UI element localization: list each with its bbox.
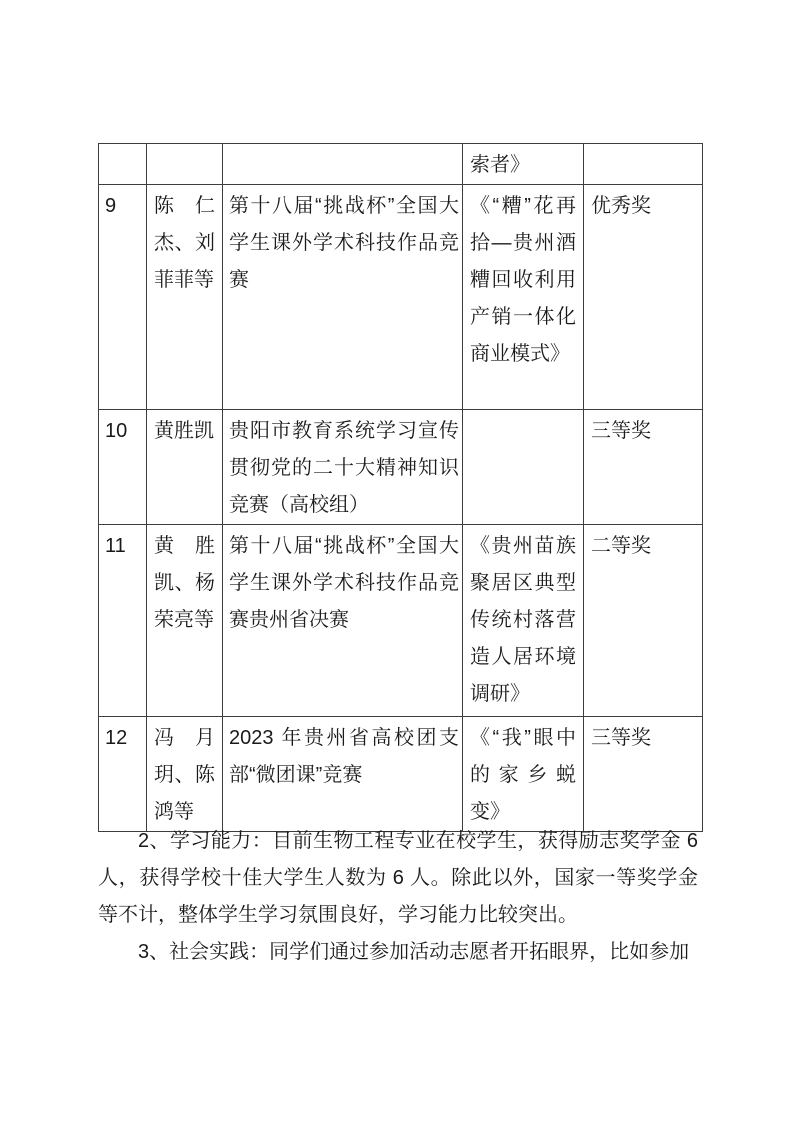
paragraph-social-practice: 3、社会实践：同学们通过参加活动志愿者开拓眼界，比如参加 (98, 934, 698, 971)
cell-work: 《“糟”花再拾—贵州酒糟回收利用产销一体化商业模式》 (463, 185, 584, 410)
cell-names: 黄胜凯 (147, 410, 223, 525)
table-row-10: 10 黄胜凯 贵阳市教育系统学习宣传贯彻党的二十大精神知识竞赛（高校组） 三等奖 (99, 410, 703, 525)
paragraph-study-ability: 2、学习能力：目前生物工程专业在校学生，获得励志奖学金 6 人，获得学校十佳大学… (98, 823, 698, 934)
cell-competition: 贵阳市教育系统学习宣传贯彻党的二十大精神知识竞赛（高校组） (223, 410, 463, 525)
table-row-9: 9 陈仁杰、刘菲菲等 第十八届“挑战杯”全国大学生课外学术科技作品竞赛 《“糟”… (99, 185, 703, 410)
cell-work: 《贵州苗族聚居区典型传统村落营造人居环境调研》 (463, 525, 584, 717)
cell-names (147, 144, 223, 185)
cell-work: 《“我”眼中的家乡蜕变》 (463, 717, 584, 832)
body-text: 2、学习能力：目前生物工程专业在校学生，获得励志奖学金 6 人，获得学校十佳大学… (98, 823, 698, 971)
table-row-carryover: 索者》 (99, 144, 703, 185)
cell-work: 索者》 (463, 144, 584, 185)
cell-competition: 第十八届“挑战杯”全国大学生课外学术科技作品竞赛贵州省决赛 (223, 525, 463, 717)
cell-no (99, 144, 147, 185)
cell-competition: 2023 年贵州省高校团支部“微团课”竞赛 (223, 717, 463, 832)
cell-award: 三等奖 (584, 410, 703, 525)
cell-work (463, 410, 584, 525)
table-row-11: 11 黄胜凯、杨荣亮等 第十八届“挑战杯”全国大学生课外学术科技作品竞赛贵州省决… (99, 525, 703, 717)
cell-award: 三等奖 (584, 717, 703, 832)
cell-names: 陈仁杰、刘菲菲等 (147, 185, 223, 410)
cell-no: 9 (99, 185, 147, 410)
cell-names: 黄胜凯、杨荣亮等 (147, 525, 223, 717)
document-page: 索者》 9 陈仁杰、刘菲菲等 第十八届“挑战杯”全国大学生课外学术科技作品竞赛 … (0, 0, 793, 1122)
cell-award (584, 144, 703, 185)
cell-award: 二等奖 (584, 525, 703, 717)
table-row-12: 12 冯月玥、陈鸿等 2023 年贵州省高校团支部“微团课”竞赛 《“我”眼中的… (99, 717, 703, 832)
cell-no: 12 (99, 717, 147, 832)
cell-no: 11 (99, 525, 147, 717)
awards-table: 索者》 9 陈仁杰、刘菲菲等 第十八届“挑战杯”全国大学生课外学术科技作品竞赛 … (98, 143, 703, 832)
cell-no: 10 (99, 410, 147, 525)
cell-competition: 第十八届“挑战杯”全国大学生课外学术科技作品竞赛 (223, 185, 463, 410)
cell-award: 优秀奖 (584, 185, 703, 410)
cell-names: 冯月玥、陈鸿等 (147, 717, 223, 832)
cell-competition (223, 144, 463, 185)
